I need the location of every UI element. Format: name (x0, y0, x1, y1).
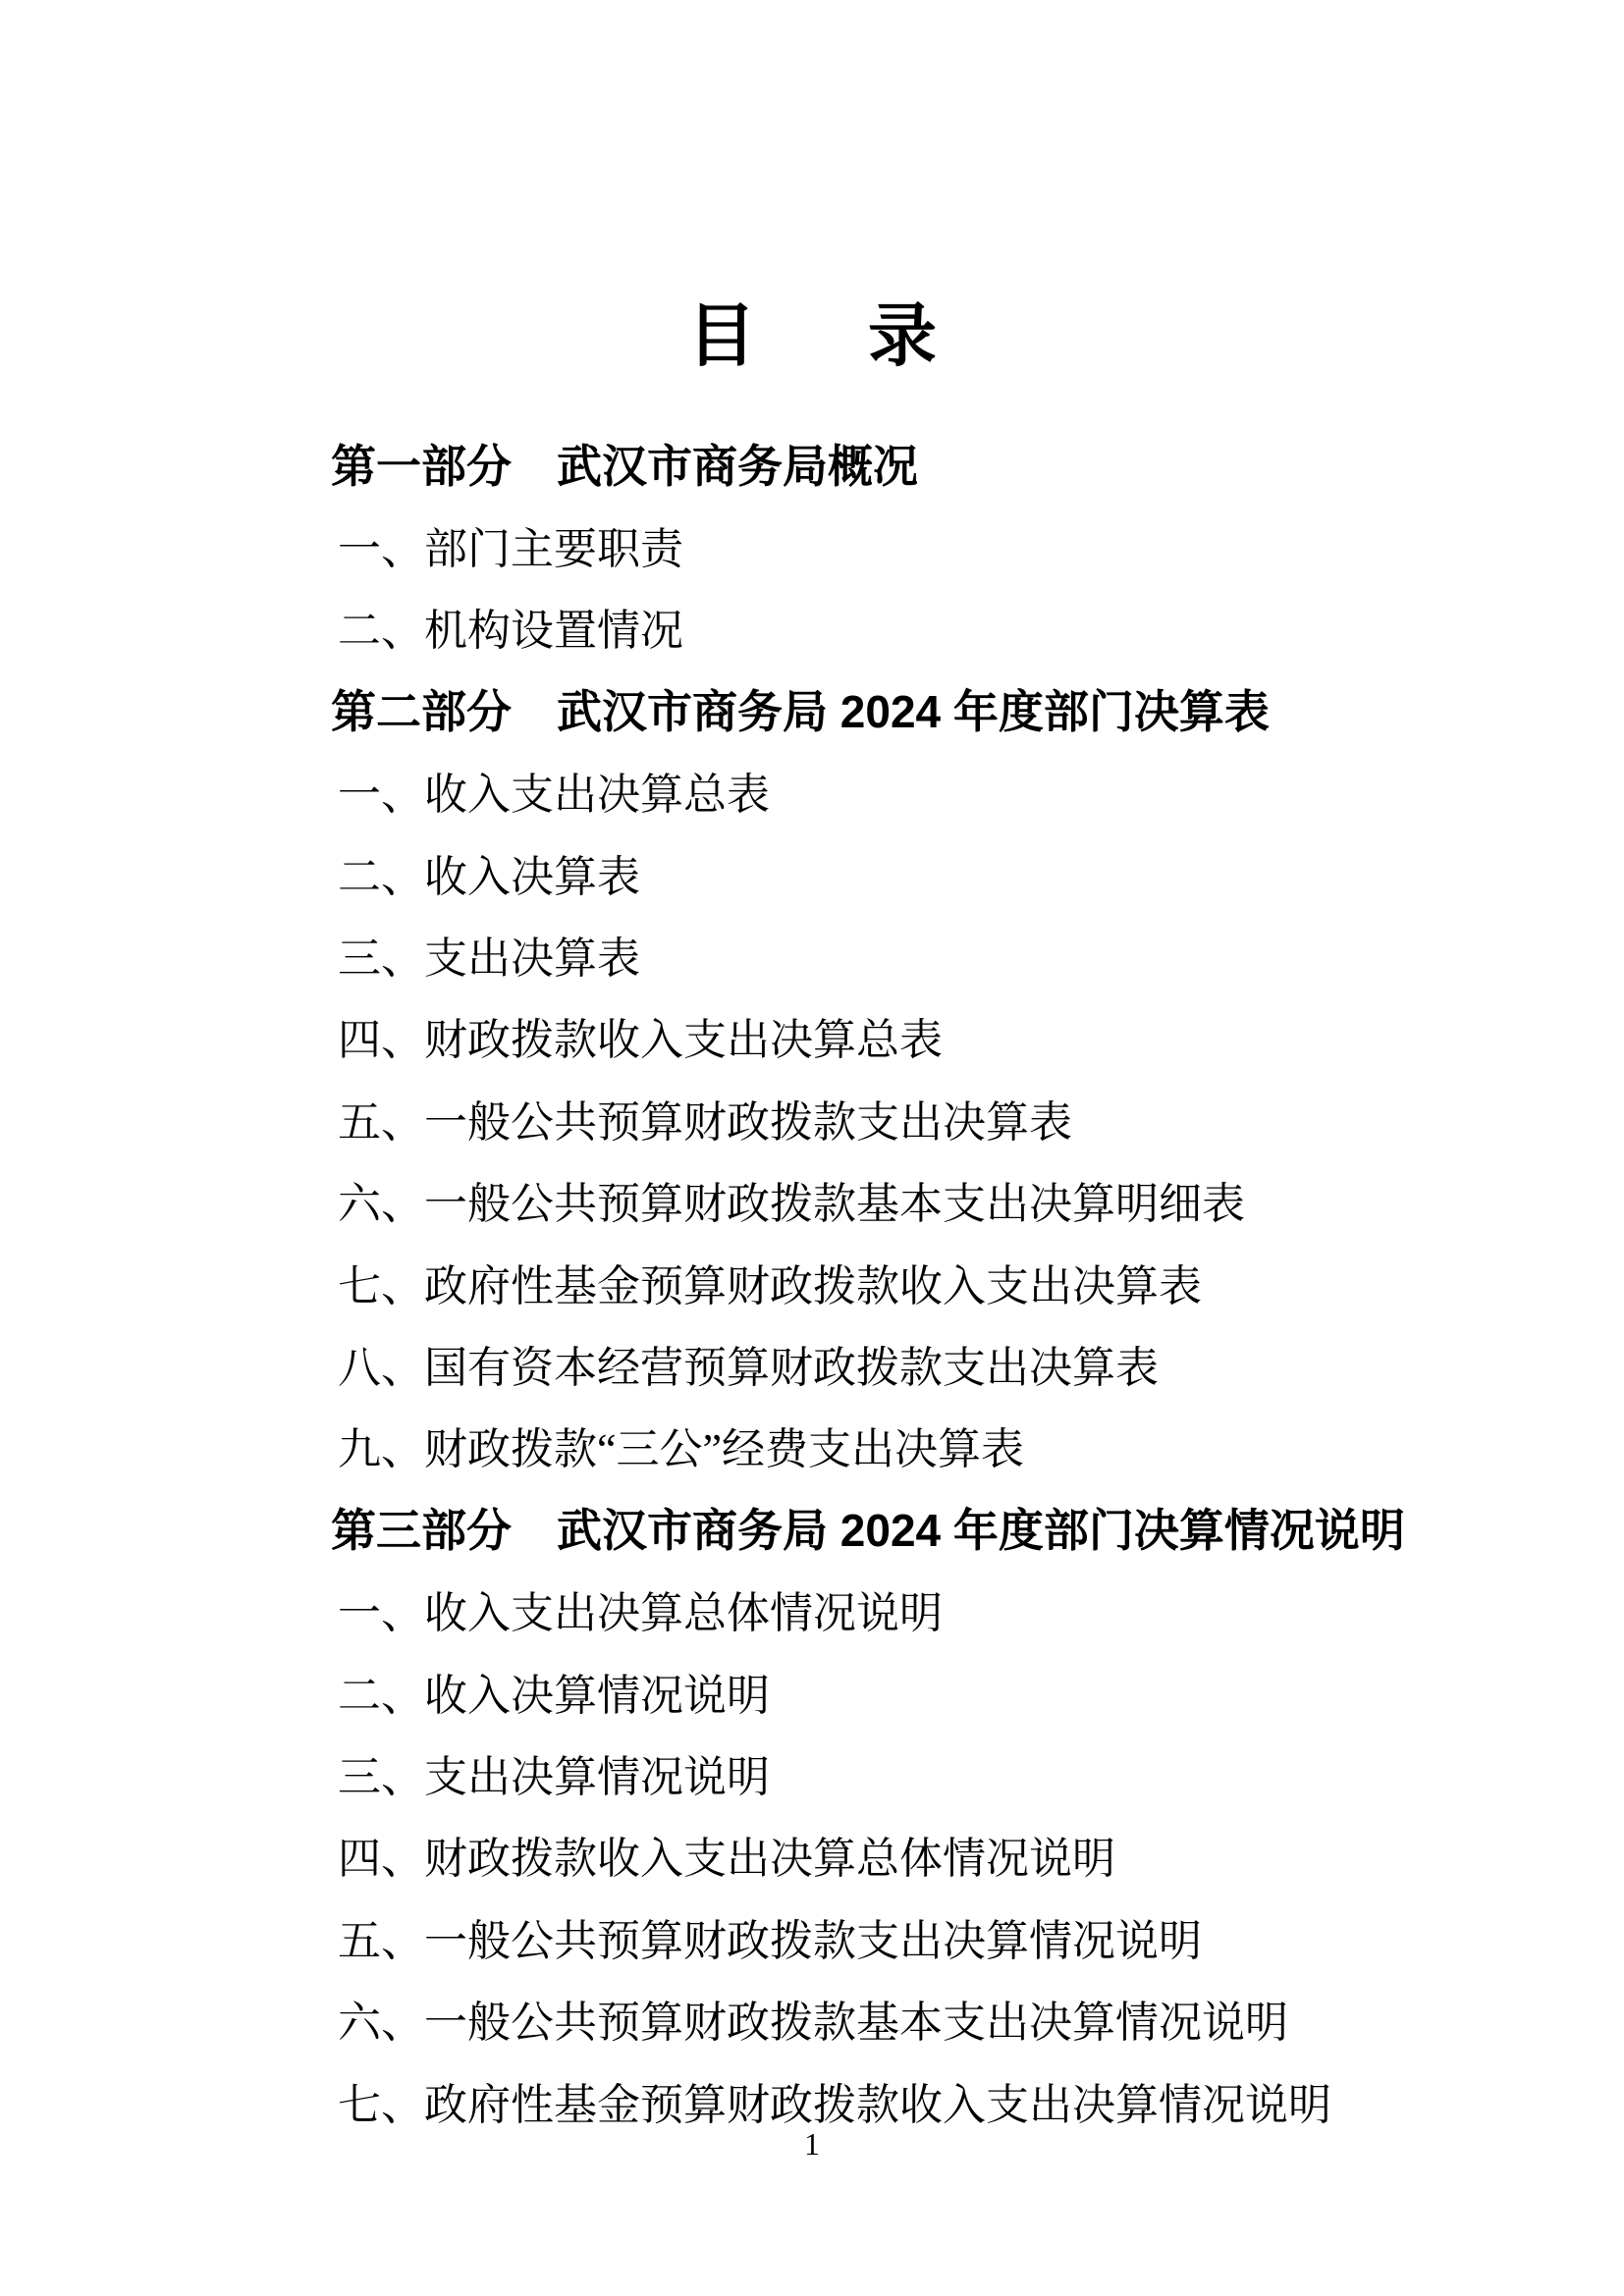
toc-item: 四、财政拨款收入支出决算总体情况说明 (331, 1814, 1545, 1896)
toc-item: 八、国有资本经营预算财政拨款支出决算表 (331, 1322, 1545, 1404)
toc-item: 一、收入支出决算总表 (331, 750, 1545, 831)
toc-item: 六、一般公共预算财政拨款基本支出决算明细表 (331, 1159, 1545, 1241)
toc-list: 第一部分 武汉市商务局概况 一、部门主要职责 二、机构设置情况 第二部分 武汉市… (331, 422, 1545, 2141)
toc-heading-part2: 第二部分 武汉市商务局 2024 年度部门决算表 (331, 667, 1545, 749)
toc-item: 六、一般公共预算财政拨款基本支出决算情况说明 (331, 1977, 1545, 2058)
page-number: 1 (0, 2122, 1624, 2165)
toc-heading-part1: 第一部分 武汉市商务局概况 (331, 422, 1545, 504)
toc-item: 二、机构设置情况 (331, 586, 1545, 667)
toc-item: 九、财政拨款“三公”经费支出决算表 (331, 1405, 1545, 1486)
toc-item: 一、部门主要职责 (331, 504, 1545, 585)
toc-item: 五、一般公共预算财政拨款支出决算表 (331, 1077, 1545, 1158)
toc-item: 三、支出决算情况说明 (331, 1732, 1545, 1813)
toc-item: 一、收入支出决算总体情况说明 (331, 1568, 1545, 1649)
toc-heading-part3: 第三部分 武汉市商务局 2024 年度部门决算情况说明 (331, 1486, 1545, 1568)
toc-item: 七、政府性基金预算财政拨款收入支出决算表 (331, 1241, 1545, 1322)
toc-item: 四、财政拨款收入支出决算总表 (331, 995, 1545, 1077)
toc-title: 目 录 (0, 297, 1624, 374)
toc-item: 五、一般公共预算财政拨款支出决算情况说明 (331, 1896, 1545, 1977)
toc-item: 二、收入决算表 (331, 831, 1545, 913)
document-page: 目 录 第一部分 武汉市商务局概况 一、部门主要职责 二、机构设置情况 第二部分… (0, 0, 1624, 2296)
toc-item: 三、支出决算表 (331, 913, 1545, 994)
toc-item: 二、收入决算情况说明 (331, 1650, 1545, 1732)
